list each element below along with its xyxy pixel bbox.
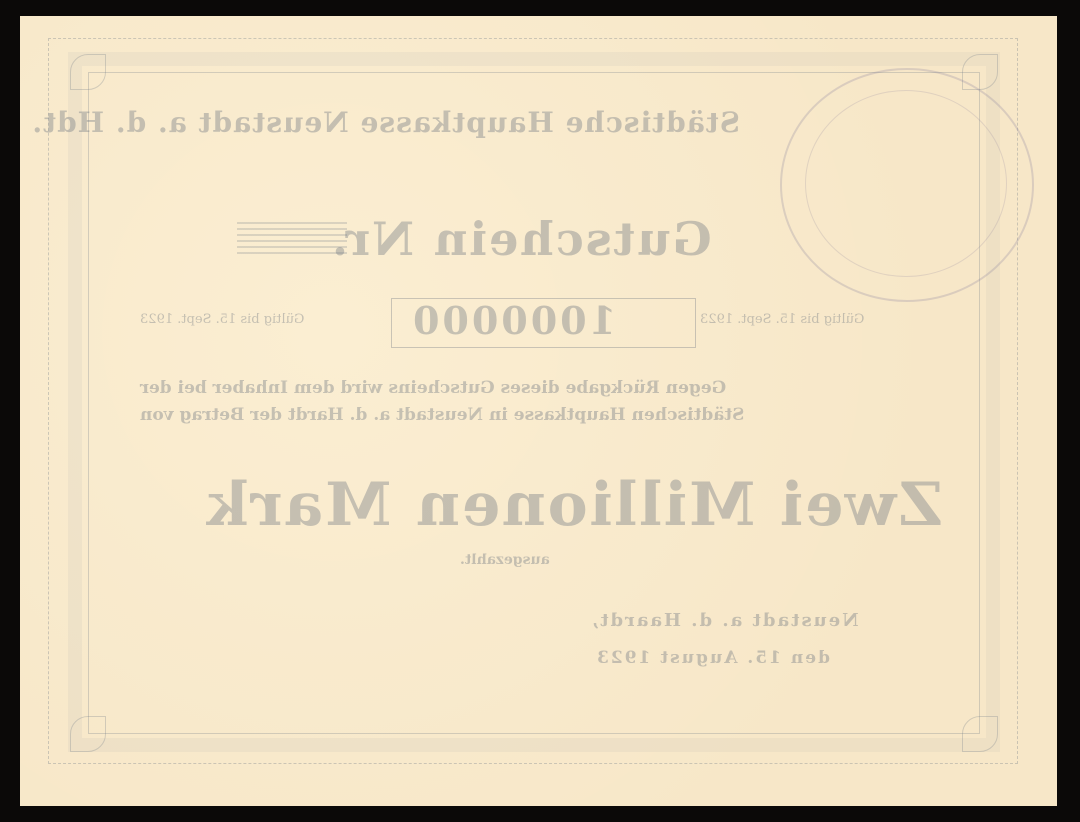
place-line: Neustadt a. d. Haardt, [590,610,859,631]
stamp-seal-inner [805,90,1007,277]
date-line: den 15. August 1923 [595,648,830,668]
validity-left: Gültig bis 15. Sept. 1923 [140,312,304,327]
issuer-line: Städtische Hauptkasse Neustadt a. d. Hdt… [140,106,740,139]
payable-text: ausgezahlt. [460,552,550,568]
corner-ornament-icon [70,716,106,752]
body-text-line-1: Gegen Rückgabe dieses Gutscheins wird de… [140,378,726,398]
validity-right: Gültig bis 15. Sept. 1923 [700,312,864,327]
serial-amount: 1000000 [410,298,616,343]
corner-ornament-icon [962,716,998,752]
amount-in-words: Zwei Millionen Mark [205,470,943,540]
body-text-line-2: Städtischen Hauptkasse in Neustadt a. d.… [140,405,744,425]
voucher-title: Gutschein Nr. [330,212,712,266]
corner-ornament-icon [70,54,106,90]
